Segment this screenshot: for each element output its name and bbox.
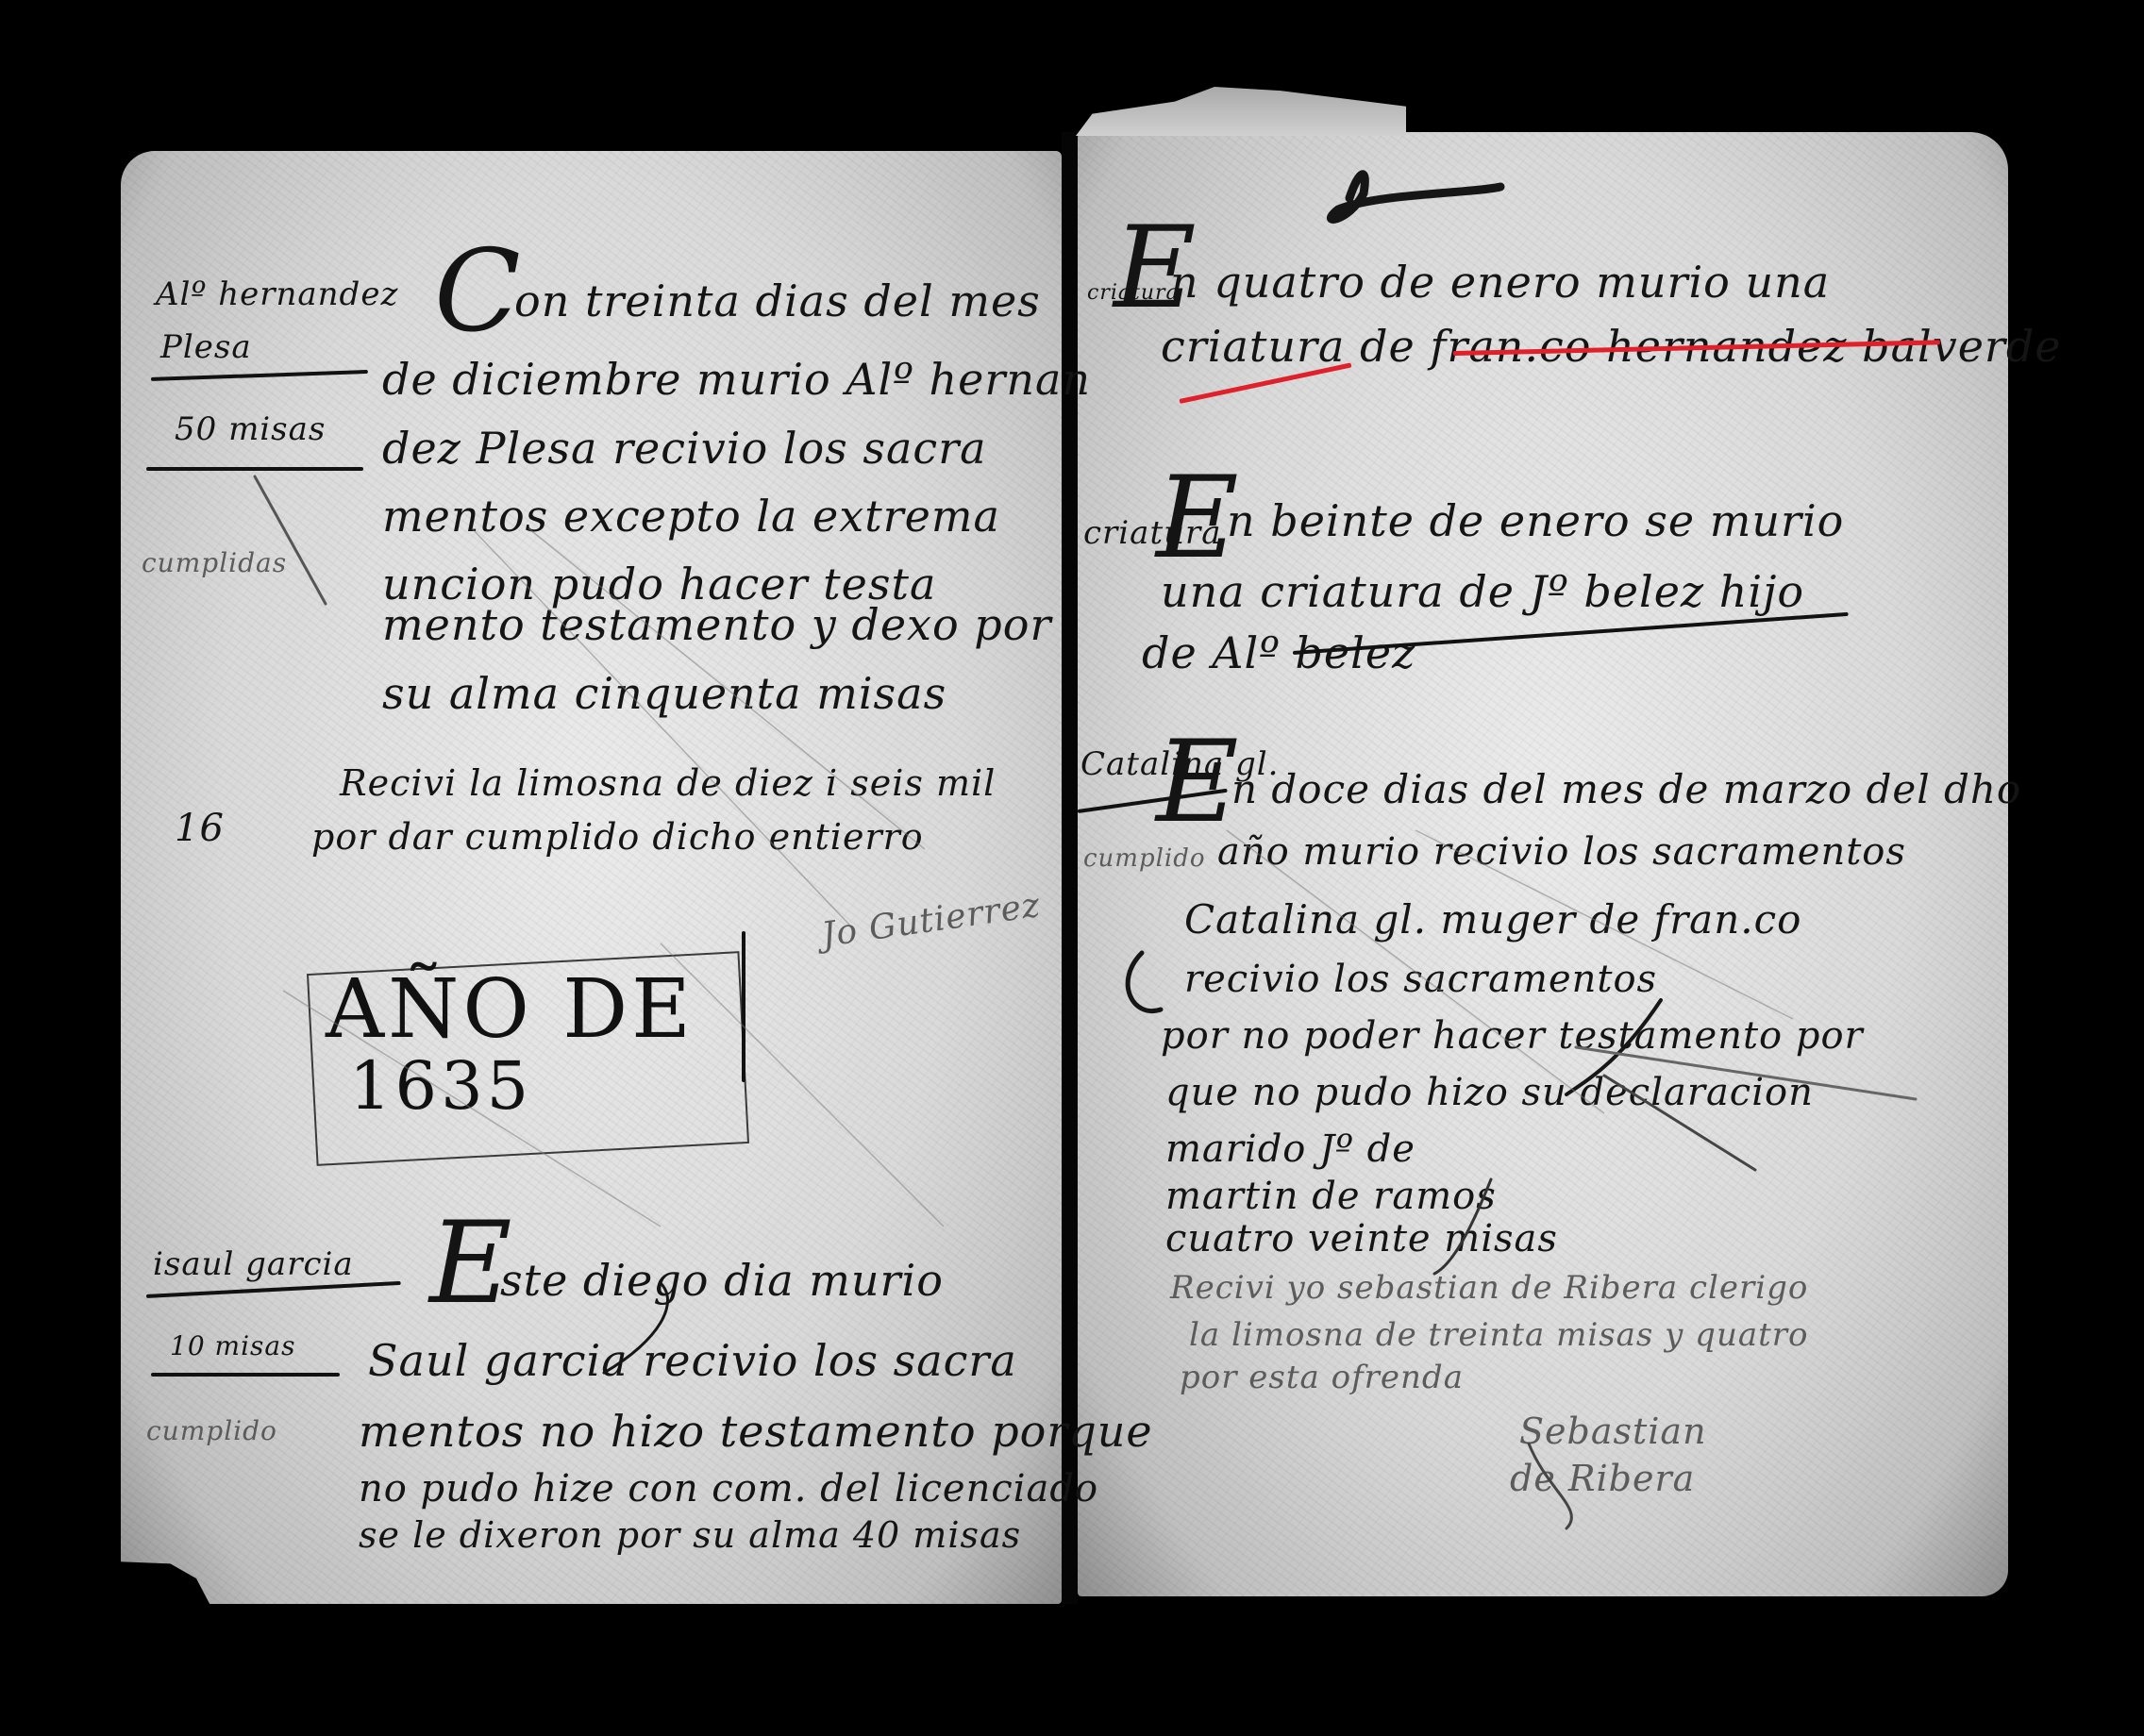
margin-name-2: Plesa [160, 328, 252, 366]
receipt-number: 16 [175, 807, 225, 850]
entry-line: n quatro de enero murio una [1170, 257, 1830, 308]
torn-paper-tab [1076, 87, 1406, 136]
entry-line: n doce dias del mes de marzo del dho [1231, 766, 2021, 812]
margin-name: isaul garcia [153, 1245, 354, 1283]
signature-line: de Ribera [1510, 1458, 1695, 1499]
margin-note: cumplido [1083, 844, 1206, 873]
signature-line: Sebastian [1519, 1410, 1707, 1452]
receipt-line: Recivi yo sebastian de Ribera clerigo [1170, 1269, 1808, 1307]
receipt-line: por dar cumplido dicho entierro [311, 816, 924, 858]
entry-line: criatura de fran.co hernandez balverde [1161, 321, 2062, 372]
entry-line: no pudo hize con com. del licenciado [359, 1467, 1098, 1511]
year-heading-label: AÑO DE [326, 962, 695, 1057]
margin-note: 50 misas [175, 410, 326, 448]
entry-line: Saul garcia recivio los sacra [368, 1335, 1017, 1386]
entry-line: martin de ramos [1165, 1175, 1497, 1218]
margin-note: 10 misas [170, 1330, 295, 1361]
entry-line: se le dixeron por su alma 40 misas [359, 1514, 1021, 1556]
receipt-line: por esta ofrenda [1180, 1359, 1464, 1396]
margin-note: cumplidas [142, 547, 287, 578]
entry-line: cuatro veinte misas [1165, 1217, 1558, 1260]
margin-underline [151, 1373, 340, 1377]
margin-name: Alº hernandez [156, 275, 398, 313]
margin-underline [146, 467, 363, 471]
entry-line: ste diego dia murio [500, 1255, 944, 1306]
receipt-line: la limosna de treinta misas y quatro [1189, 1316, 1809, 1354]
entry-line: Catalina gl. muger de fran.co [1184, 896, 1801, 943]
margin-note: cumplido [146, 1415, 277, 1446]
drop-initial: E [1156, 726, 1240, 840]
year-box-stroke [742, 931, 745, 1082]
entry-line: una criatura de Jº belez hijo [1161, 566, 1804, 617]
entry-line: n beinte de enero se murio [1227, 495, 1844, 546]
drop-initial: C [434, 236, 522, 349]
entry-line: recivio los sacramentos [1184, 958, 1657, 1001]
entry-line: mentos excepto la extrema [382, 491, 1000, 542]
entry-line: por no poder hacer testamento por [1161, 1014, 1864, 1058]
entry-line: año murio recivio los sacramentos [1217, 830, 1906, 874]
year-heading-year: 1635 [349, 1047, 532, 1125]
entry-line: marido Jº de [1165, 1127, 1415, 1171]
entry-line: de Alº belez [1142, 627, 1415, 678]
receipt-line: Recivi la limosna de diez i seis mil [340, 762, 996, 804]
book-gutter [1062, 132, 1078, 1604]
entry-line: que no pudo hizo su declaracion [1165, 1071, 1814, 1114]
entry-line: su alma cinquenta misas [382, 668, 946, 719]
entry-line: dez Plesa recivio los sacra [382, 423, 987, 474]
entry-line: mentos no hizo testamento porque [359, 1406, 1153, 1457]
entry-line: mento testamento y dexo por [382, 599, 1051, 650]
entry-line: on treinta dias del mes [514, 275, 1041, 326]
entry-line: de diciembre murio Alº hernan [382, 354, 1091, 405]
